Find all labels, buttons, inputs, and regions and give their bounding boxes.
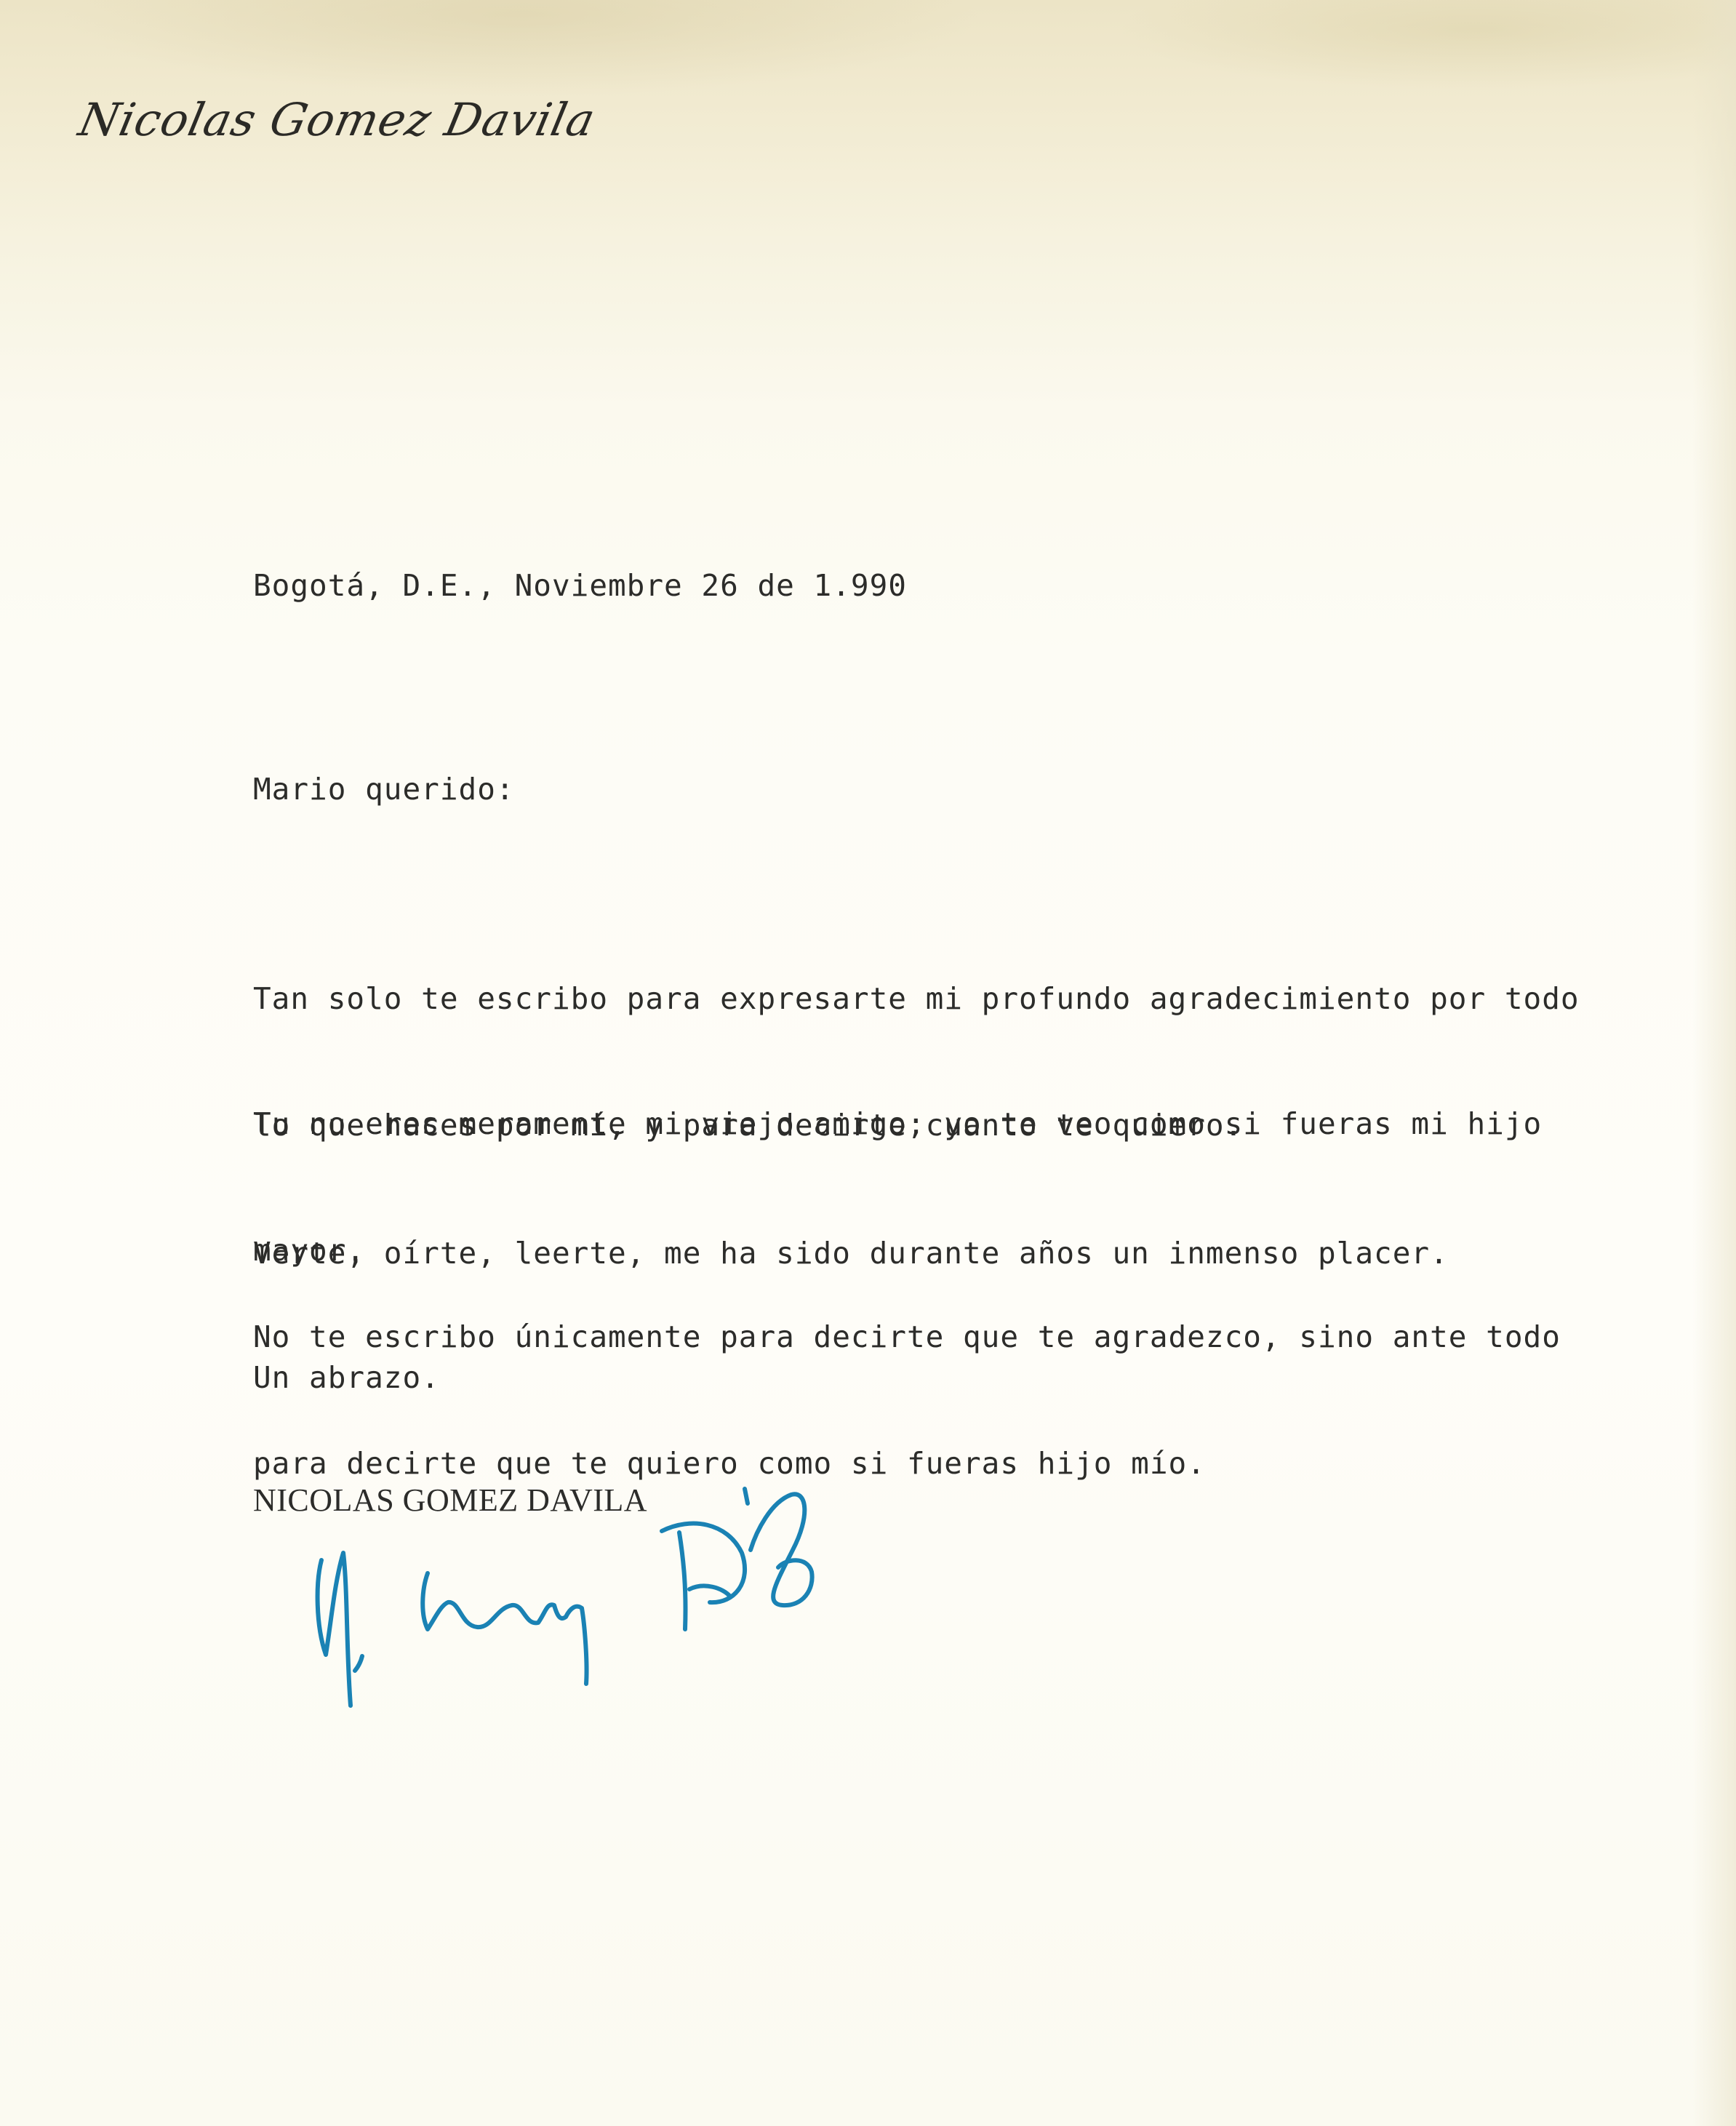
date-line: Bogotá, D.E., Noviembre 26 de 1.990 bbox=[253, 564, 907, 607]
handwritten-signature-icon bbox=[305, 1480, 931, 1720]
salutation: Mario querido: bbox=[253, 768, 515, 810]
paragraph-line: para decirte que te quiero como si fuera… bbox=[253, 1442, 1561, 1484]
paragraph-line: Tu no eres meramente mi viejo amigo; yo … bbox=[253, 1103, 1542, 1145]
letterhead-name: Nicolas Gomez Davila bbox=[74, 93, 600, 146]
paragraph-line: Tan solo te escribo para expresarte mi p… bbox=[253, 978, 1580, 1020]
paragraph-line: No te escribo únicamente para decirte qu… bbox=[253, 1316, 1561, 1358]
closing: Un abrazo. bbox=[253, 1356, 440, 1399]
blank-page-area bbox=[0, 1746, 1736, 2126]
